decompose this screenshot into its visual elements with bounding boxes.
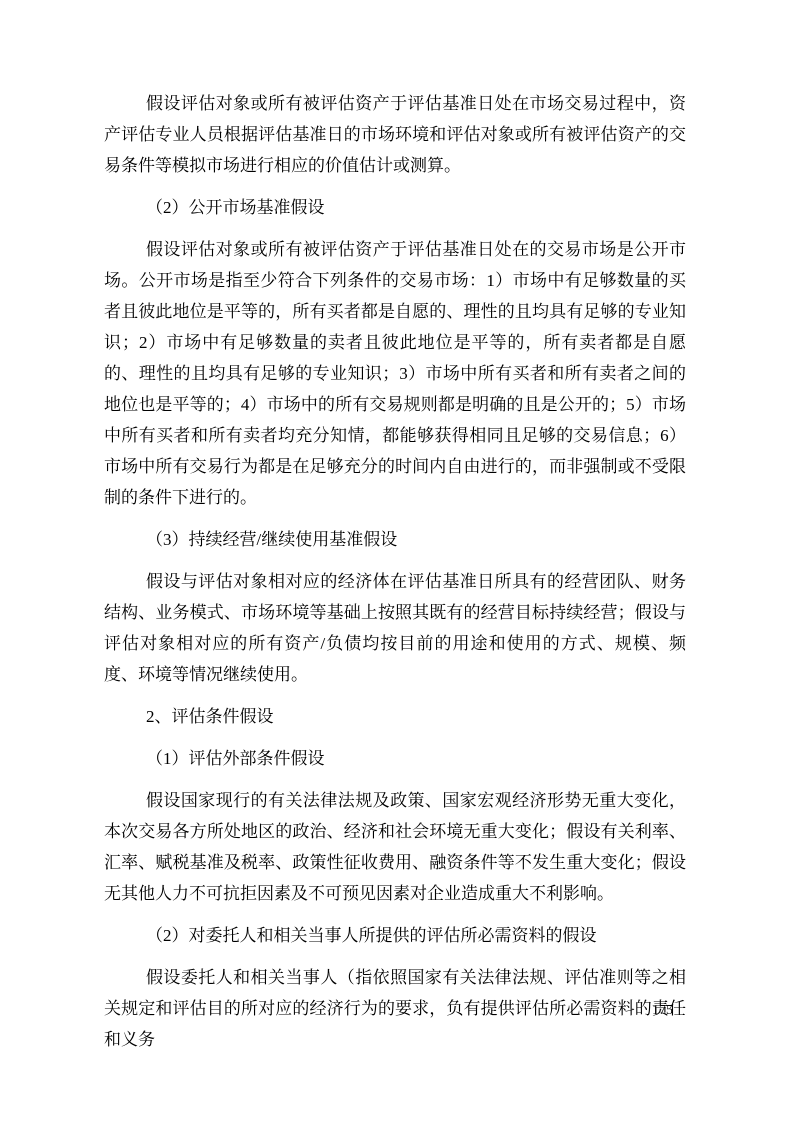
page-content: 假设评估对象或所有被评估资产于评估基准日处在市场交易过程中，资产评估专业人员根据… — [104, 88, 686, 1066]
document-page: 假设评估对象或所有被评估资产于评估基准日处在市场交易过程中，资产评估专业人员根据… — [0, 0, 793, 1122]
heading-going-concern-basis: （3）持续经营/继续使用基准假设 — [104, 524, 686, 555]
paragraph-market-simulation: 假设评估对象或所有被评估资产于评估基准日处在市场交易过程中，资产评估专业人员根据… — [104, 88, 686, 181]
heading-client-materials-assumption: （2）对委托人和相关当事人所提供的评估所必需资料的假设 — [104, 920, 686, 951]
page-number: 175 — [652, 1002, 673, 1020]
heading-valuation-condition-assumptions: 2、评估条件假设 — [104, 701, 686, 732]
heading-external-condition-assumption: （1）评估外部条件假设 — [104, 743, 686, 774]
paragraph-external-conditions: 假设国家现行的有关法律法规及政策、国家宏观经济形势无重大变化，本次交易各方所处地… — [104, 785, 686, 909]
paragraph-open-market-conditions: 假设评估对象或所有被评估资产于评估基准日处在的交易市场是公开市场。公开市场是指至… — [104, 234, 686, 513]
heading-open-market-basis: （2）公开市场基准假设 — [104, 192, 686, 223]
paragraph-client-materials: 假设委托人和相关当事人（指依照国家有关法律法规、评估准则等之相关规定和评估目的所… — [104, 962, 686, 1055]
paragraph-going-concern: 假设与评估对象相对应的经济体在评估基准日所具有的经营团队、财务结构、业务模式、市… — [104, 566, 686, 690]
